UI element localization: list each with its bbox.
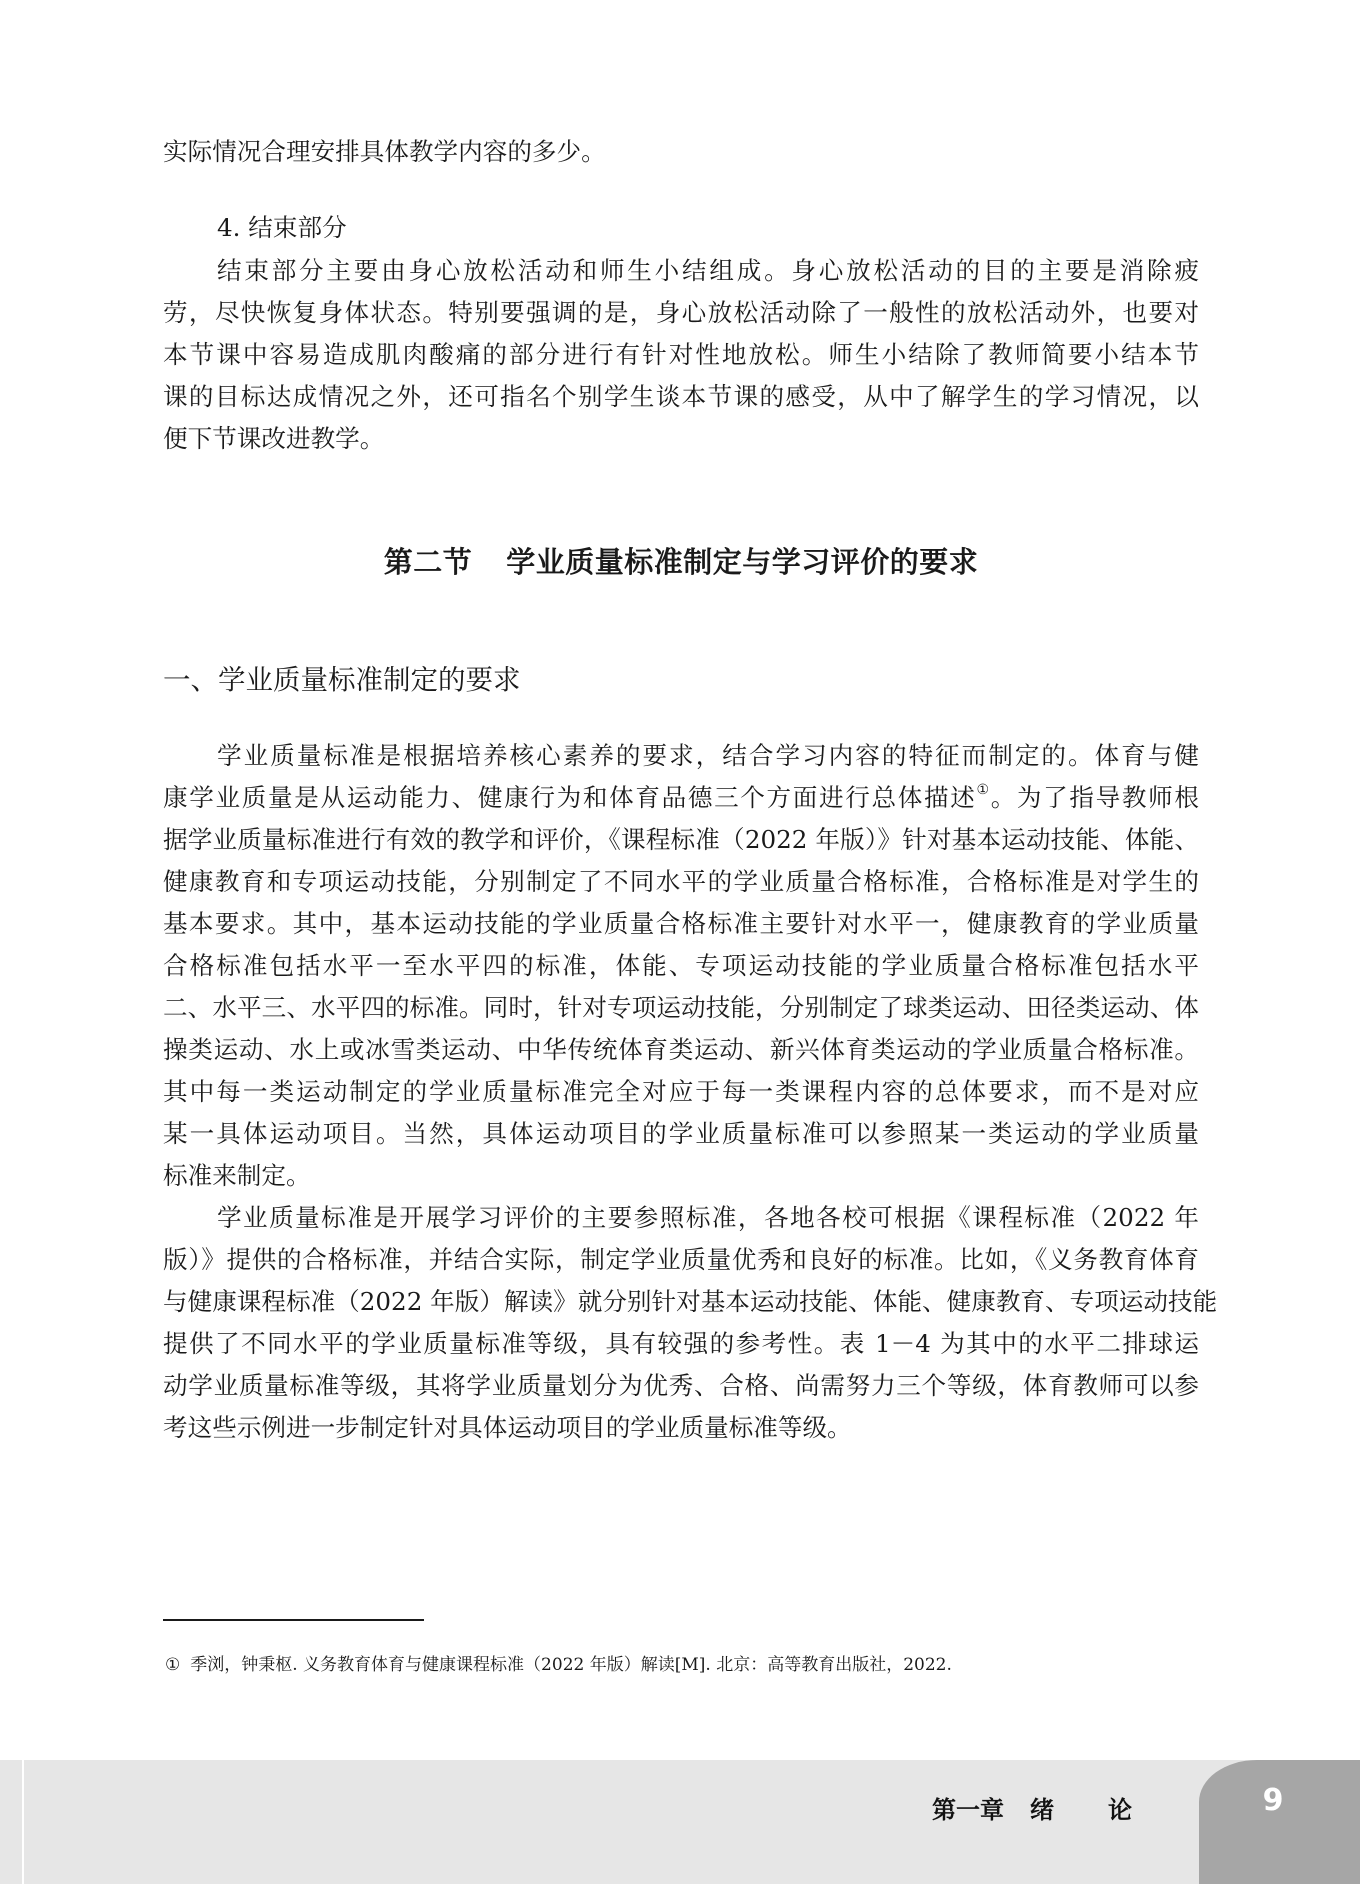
text-line: 劳，尽快恢复身体状态。特别要强调的是，身心放松活动除了一般性的放松活动外，也要对: [163, 292, 1199, 334]
footer-edge-line: [22, 1760, 24, 1884]
text-line: 考这些示例进一步制定针对具体运动项目的学业质量标准等级。: [163, 1407, 1199, 1449]
text-line: 学业质量标准是开展学习评价的主要参照标准，各地各校可根据《课程标准（2022 年: [163, 1197, 1199, 1239]
section-heading: 第二节学业质量标准制定与学习评价的要求: [163, 540, 1199, 584]
text-line: 学业质量标准是根据培养核心素养的要求，结合学习内容的特征而制定的。体育与健: [163, 735, 1199, 777]
closing-paragraph: 结束部分主要由身心放松活动和师生小结组成。身心放松活动的目的主要是消除疲 劳，尽…: [163, 250, 1199, 460]
text-line-with-footnote: 康学业质量是从运动能力、健康行为和体育品德三个方面进行总体描述①。为了指导教师根: [163, 777, 1199, 819]
footnote-reference[interactable]: ①: [976, 782, 990, 798]
paragraph-learning-evaluation: 学业质量标准是开展学习评价的主要参照标准，各地各校可根据《课程标准（2022 年…: [163, 1197, 1199, 1449]
running-footer-chapter: 第一章绪论: [932, 1792, 1132, 1828]
item-heading: 4. 结束部分: [217, 207, 347, 249]
page-number: 9: [1261, 1783, 1285, 1819]
text-line: 便下节课改进教学。: [163, 418, 1199, 460]
chapter-title-char: 绪: [1030, 1796, 1054, 1824]
paragraph-academic-quality-standard: 学业质量标准是根据培养核心素养的要求，结合学习内容的特征而制定的。体育与健 康学…: [163, 735, 1199, 1197]
text-line: 标准来制定。: [163, 1155, 1199, 1197]
text-line: 本节课中容易造成肌肉酸痛的部分进行有针对性地放松。师生小结除了教师简要小结本节: [163, 334, 1199, 376]
text-line: 实际情况合理安排具体教学内容的多少。: [163, 131, 1199, 173]
text-line: 健康教育和专项运动技能，分别制定了不同水平的学业质量合格标准，合格标准是对学生的: [163, 861, 1199, 903]
text-line: 结束部分主要由身心放松活动和师生小结组成。身心放松活动的目的主要是消除疲: [163, 250, 1199, 292]
text-line: 其中每一类运动制定的学业质量标准完全对应于每一类课程内容的总体要求，而不是对应: [163, 1071, 1199, 1113]
footnote-divider: [163, 1619, 424, 1621]
text-line: 基本要求。其中，基本运动技能的学业质量合格标准主要针对水平一，健康教育的学业质量: [163, 903, 1199, 945]
text-line: 课的目标达成情况之外，还可指名个别学生谈本节课的感受，从中了解学生的学习情况，以: [163, 376, 1199, 418]
text-line: 合格标准包括水平一至水平四的标准，体能、专项运动技能的学业质量合格标准包括水平: [163, 945, 1199, 987]
chapter-title-char: 论: [1108, 1796, 1132, 1824]
chapter-number: 第一章: [932, 1796, 1004, 1824]
text-line: 二、水平三、水平四的标准。同时，针对专项运动技能，分别制定了球类运动、田径类运动…: [163, 987, 1199, 1029]
section-number: 第二节: [384, 545, 473, 579]
section-title: 学业质量标准制定与学习评价的要求: [506, 545, 978, 579]
page-footer: [0, 1760, 1360, 1884]
text-line: 某一具体运动项目。当然，具体运动项目的学业质量标准可以参照某一类运动的学业质量: [163, 1113, 1199, 1155]
text-line: 版）》提供的合格标准，并结合实际，制定学业质量优秀和良好的标准。比如，《义务教育…: [163, 1239, 1199, 1281]
text-line: 操类运动、水上或冰雪类运动、中华传统体育类运动、新兴体育类运动的学业质量合格标准…: [163, 1029, 1199, 1071]
text-line: 动学业质量标准等级，其将学业质量划分为优秀、合格、尚需努力三个等级，体育教师可以…: [163, 1365, 1199, 1407]
text-line: 据学业质量标准进行有效的教学和评价，《课程标准（2022 年版）》针对基本运动技…: [163, 819, 1199, 861]
page-number-tab: [1199, 1760, 1360, 1884]
text-line: 提供了不同水平的学业质量标准等级，具有较强的参考性。表 1－4 为其中的水平二排…: [163, 1323, 1199, 1365]
footnote: ①季浏，钟秉枢. 义务教育体育与健康课程标准（2022 年版）解读[M]. 北京…: [165, 1650, 952, 1680]
footnote-marker: ①: [165, 1655, 180, 1675]
footnote-text: 季浏，钟秉枢. 义务教育体育与健康课程标准（2022 年版）解读[M]. 北京：…: [190, 1655, 952, 1675]
text-line: 与健康课程标准（2022 年版）解读》就分别针对基本运动技能、体能、健康教育、专…: [163, 1281, 1199, 1323]
text-segment: 康学业质量是从运动能力、健康行为和体育品德三个方面进行总体描述: [163, 783, 976, 812]
subsection-heading: 一、学业质量标准制定的要求: [163, 658, 521, 702]
text-segment: 。为了指导教师根: [991, 783, 1199, 812]
continuation-paragraph: 实际情况合理安排具体教学内容的多少。: [163, 131, 1199, 173]
